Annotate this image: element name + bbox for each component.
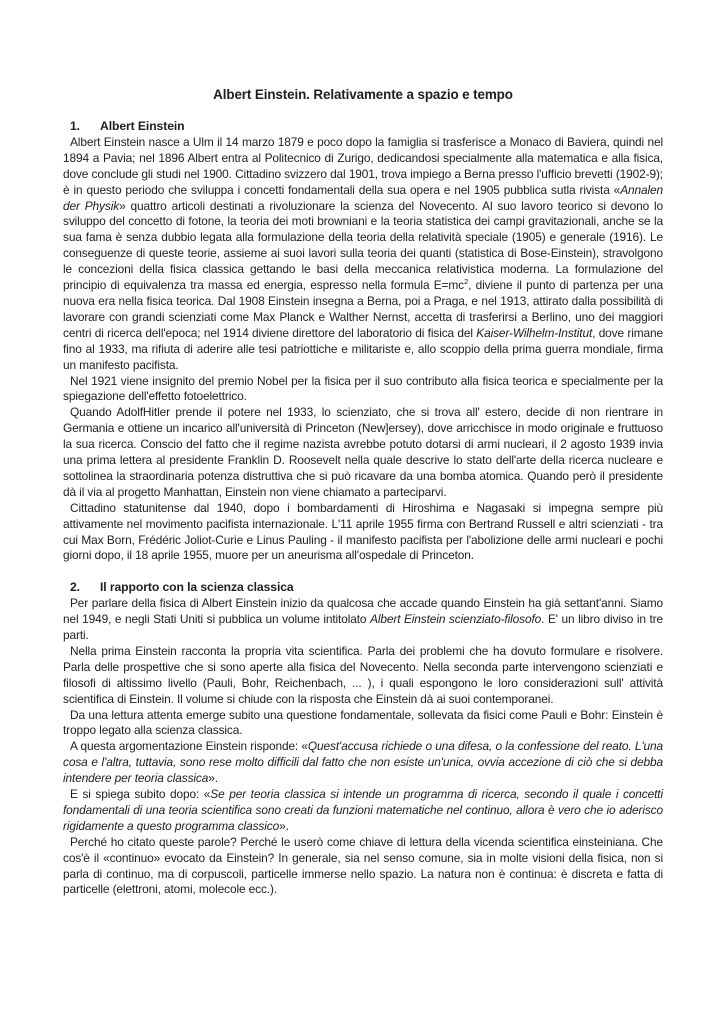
body-text: Nel 1921 viene insignito del premio Nobe… [63,374,663,404]
paragraph: E si spiega subito dopo: «Se per teoria … [63,787,663,835]
paragraph: Nella prima Einstein racconta la propria… [63,644,663,708]
body-text: E si spiega subito dopo: « [70,787,210,801]
body-text: Quando AdolfHitler prende il potere nel … [63,405,663,499]
paragraph: Da una lettura attenta emerge subito una… [63,708,663,740]
paragraph: Per parlare della fisica di Albert Einst… [63,596,663,644]
section-title: Il rapporto con la scienza classica [100,580,294,594]
body-text: Albert Einstein nasce a Ulm il 14 marzo … [63,135,663,197]
body-text: ». [279,819,289,833]
body-text: A questa argomentazione Einstein rispond… [70,739,308,753]
section-heading: 2.Il rapporto con la scienza classica [63,580,663,596]
document-body: 1.Albert EinsteinAlbert Einstein nasce a… [63,119,663,898]
section-number: 2. [70,580,100,596]
section-title: Albert Einstein [100,119,185,133]
body-text: ». [208,771,218,785]
body-text: Perché ho citato queste parole? Perché l… [63,835,663,897]
paragraph: Nel 1921 viene insignito del premio Nobe… [63,374,663,406]
paragraph: Quando AdolfHitler prende il potere nel … [63,405,663,500]
section-heading: 1.Albert Einstein [63,119,663,135]
body-text: Cittadino statunitense dal 1940, dopo i … [63,501,663,563]
body-text: Nella prima Einstein racconta la propria… [63,644,663,706]
italic-text: Kaiser-Wilhelm-Institut [476,326,592,340]
page-title: Albert Einstein. Relativamente a spazio … [63,87,663,103]
italic-text: Albert Einstein scienziato-filosofo [370,612,541,626]
paragraph: Perché ho citato queste parole? Perché l… [63,835,663,899]
paragraph: A questa argomentazione Einstein rispond… [63,739,663,787]
paragraph: Cittadino statunitense dal 1940, dopo i … [63,501,663,565]
body-text: Da una lettura attenta emerge subito una… [63,708,663,738]
document-page: Albert Einstein. Relativamente a spazio … [0,0,725,1024]
paragraph: Albert Einstein nasce a Ulm il 14 marzo … [63,135,663,374]
section-number: 1. [70,119,100,135]
